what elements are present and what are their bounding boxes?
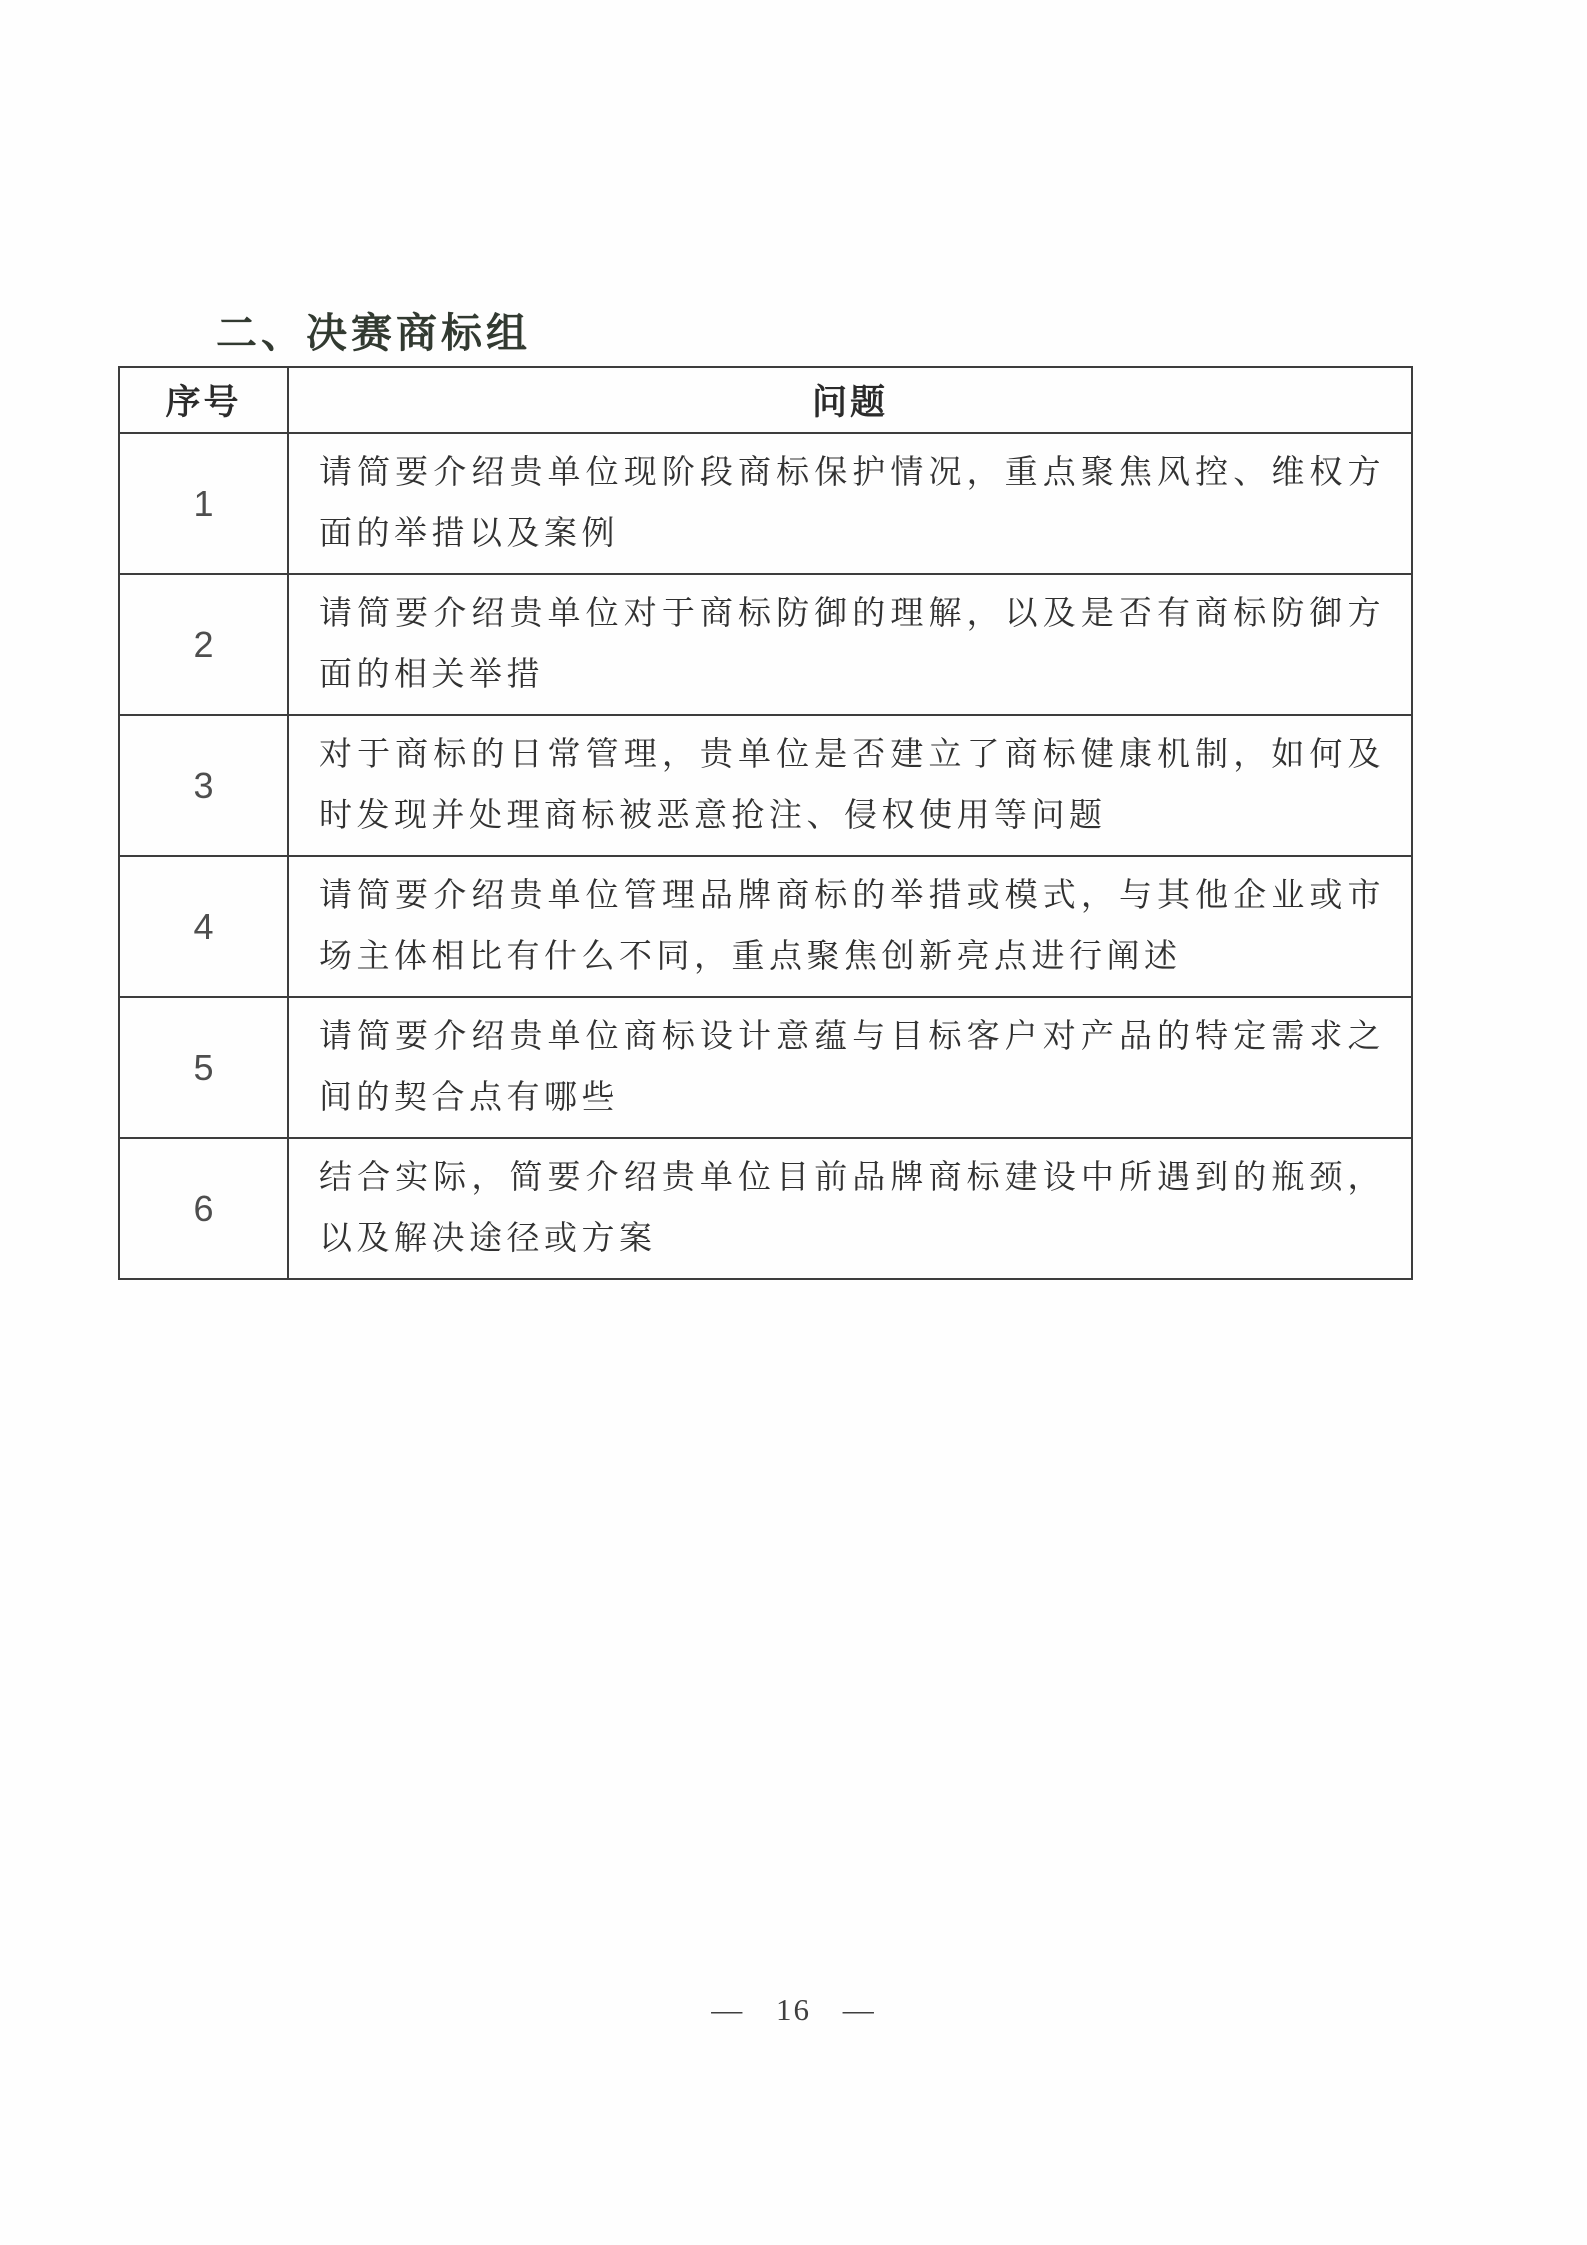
row-question: 请简要介绍贵单位现阶段商标保护情况，重点聚焦风控、维权方面的举措以及案例 (288, 433, 1412, 574)
table-row: 3 对于商标的日常管理，贵单位是否建立了商标健康机制，如何及时发现并处理商标被恶… (119, 715, 1412, 856)
table-row: 1 请简要介绍贵单位现阶段商标保护情况，重点聚焦风控、维权方面的举措以及案例 (119, 433, 1412, 574)
row-serial-number: 4 (119, 856, 288, 997)
page-number-text: — 16 — (711, 1992, 876, 2027)
row-question: 结合实际，简要介绍贵单位目前品牌商标建设中所遇到的瓶颈，以及解决途径或方案 (288, 1138, 1412, 1279)
row-question: 请简要介绍贵单位管理品牌商标的举措或模式，与其他企业或市场主体相比有什么不同，重… (288, 856, 1412, 997)
table-row: 6 结合实际，简要介绍贵单位目前品牌商标建设中所遇到的瓶颈，以及解决途径或方案 (119, 1138, 1412, 1279)
header-serial-number: 序号 (119, 367, 288, 433)
question-table: 序号 问题 1 请简要介绍贵单位现阶段商标保护情况，重点聚焦风控、维权方面的举措… (118, 366, 1413, 1280)
table-row: 5 请简要介绍贵单位商标设计意蕴与目标客户对产品的特定需求之间的契合点有哪些 (119, 997, 1412, 1138)
section-title: 二、决赛商标组 (216, 300, 531, 359)
row-serial-number: 1 (119, 433, 288, 574)
row-serial-number: 3 (119, 715, 288, 856)
document-page: 二、决赛商标组 序号 问题 1 请简要介绍贵单位现阶段商标保护情况，重点聚焦风控… (0, 0, 1587, 2245)
row-question: 请简要介绍贵单位对于商标防御的理解，以及是否有商标防御方面的相关举措 (288, 574, 1412, 715)
table-row: 4 请简要介绍贵单位管理品牌商标的举措或模式，与其他企业或市场主体相比有什么不同… (119, 856, 1412, 997)
row-serial-number: 6 (119, 1138, 288, 1279)
table-row: 2 请简要介绍贵单位对于商标防御的理解，以及是否有商标防御方面的相关举措 (119, 574, 1412, 715)
row-question: 对于商标的日常管理，贵单位是否建立了商标健康机制，如何及时发现并处理商标被恶意抢… (288, 715, 1412, 856)
page-number: — 16 — (0, 1992, 1587, 2028)
row-question: 请简要介绍贵单位商标设计意蕴与目标客户对产品的特定需求之间的契合点有哪些 (288, 997, 1412, 1138)
row-serial-number: 2 (119, 574, 288, 715)
table-header-row: 序号 问题 (119, 367, 1412, 433)
row-serial-number: 5 (119, 997, 288, 1138)
header-question: 问题 (288, 367, 1412, 433)
